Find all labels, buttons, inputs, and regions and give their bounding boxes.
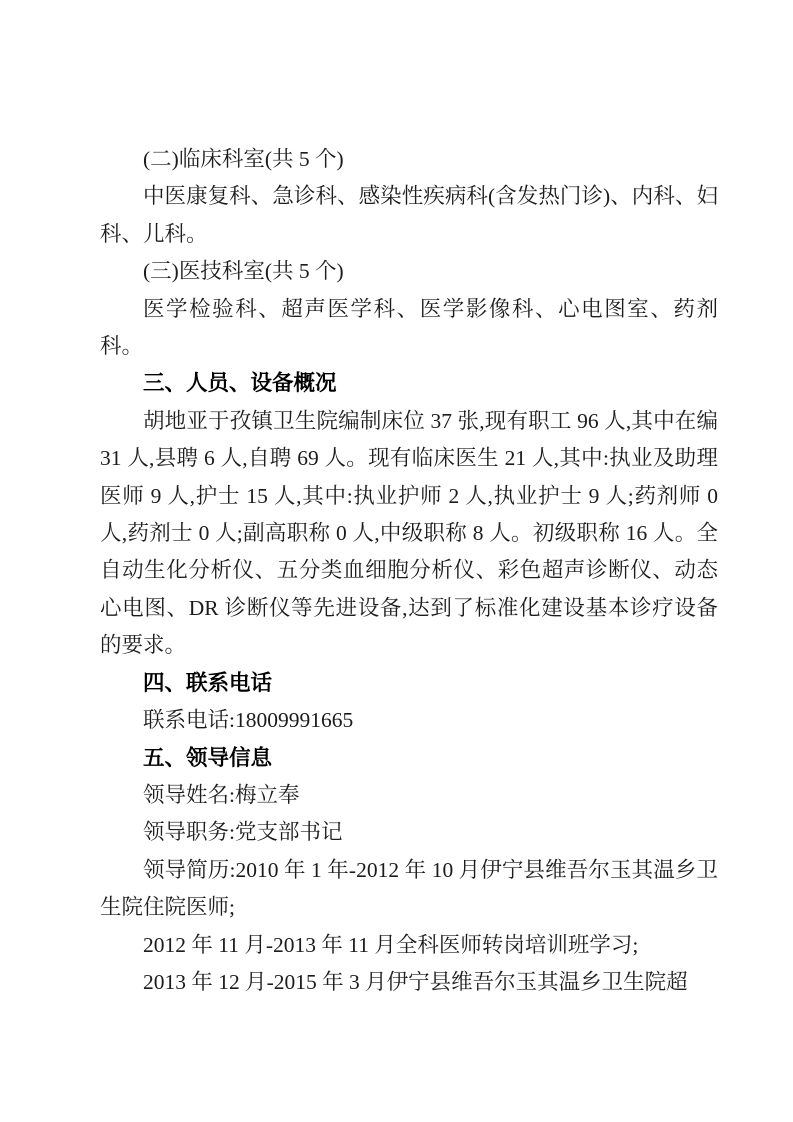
subsection-heading-clinical-departments: (二)临床科室(共 5 个) — [100, 141, 718, 178]
leader-name-line: 领导姓名:梅立奉 — [100, 777, 718, 814]
contact-phone-line: 联系电话:18009991665 — [100, 702, 718, 739]
leader-resume-line-1: 领导简历:2010 年 1 年-2012 年 10 月伊宁县维吾尔玉其温乡卫生院… — [100, 852, 718, 927]
document-content: (二)临床科室(共 5 个) 中医康复科、急诊科、感染性疾病科(含发热门诊)、内… — [100, 141, 718, 1001]
clinical-departments-list: 中医康复科、急诊科、感染性疾病科(含发热门诊)、内科、妇科、儿科。 — [100, 178, 718, 253]
subsection-heading-medtech-departments: (三)医技科室(共 5 个) — [100, 253, 718, 290]
medtech-departments-list: 医学检验科、超声医学科、医学影像科、心电图室、药剂科。 — [100, 291, 718, 366]
staff-equipment-paragraph: 胡地亚于孜镇卫生院编制床位 37 张,现有职工 96 人,其中在编 31 人,县… — [100, 403, 718, 665]
document-page: (二)临床科室(共 5 个) 中医康复科、急诊科、感染性疾病科(含发热门诊)、内… — [0, 0, 793, 1122]
leader-resume-line-2: 2012 年 11 月-2013 年 11 月全科医师转岗培训班学习; — [100, 927, 718, 964]
section-heading-staff-equipment: 三、人员、设备概况 — [100, 365, 718, 402]
section-heading-contact-phone: 四、联系电话 — [100, 665, 718, 702]
section-heading-leader-info: 五、领导信息 — [100, 740, 718, 777]
leader-title-line: 领导职务:党支部书记 — [100, 814, 718, 851]
leader-resume-line-3: 2013 年 12 月-2015 年 3 月伊宁县维吾尔玉其温乡卫生院超 — [100, 964, 718, 1001]
